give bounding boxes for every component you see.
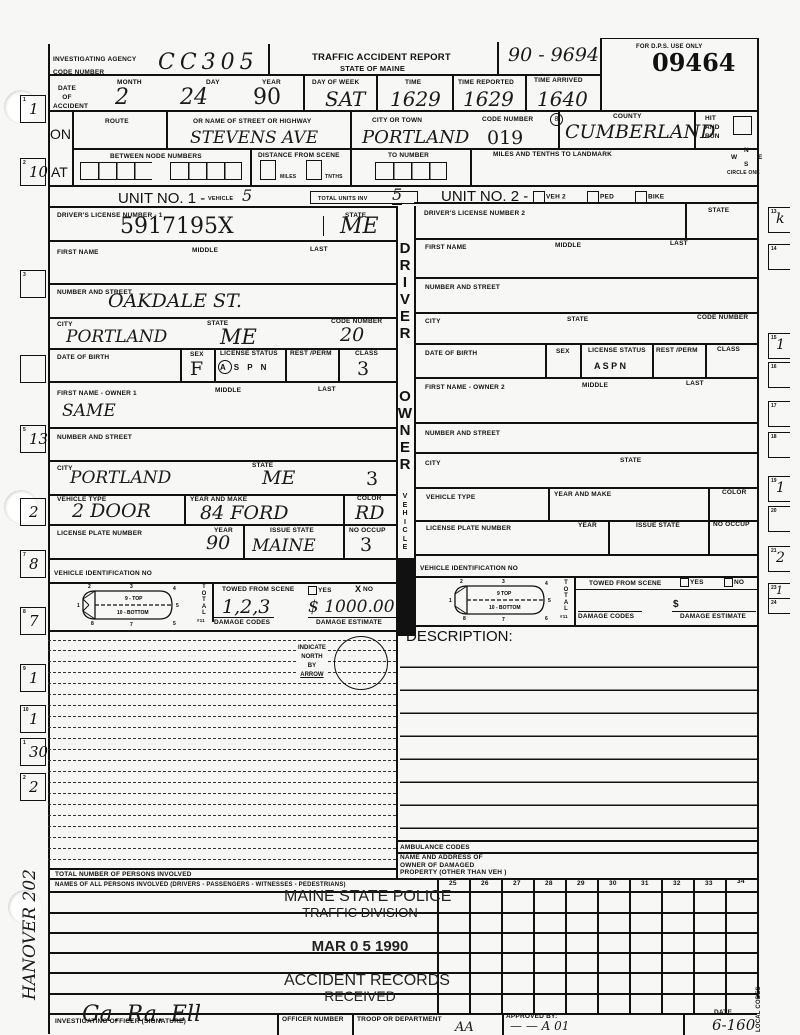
- svg-text:5: 5: [548, 598, 551, 604]
- unit-1-sex-label: SEX: [190, 351, 204, 358]
- svg-text:1: 1: [77, 603, 80, 609]
- unit-1-code-value[interactable]: 20: [340, 324, 364, 346]
- year-value[interactable]: 90: [253, 85, 281, 110]
- owner-1-state-value[interactable]: ME: [262, 467, 295, 489]
- margin-box-17[interactable]: 17: [768, 401, 790, 427]
- unit-1-plate-label: LICENSE PLATE NUMBER: [57, 530, 142, 537]
- circle-one-label: CIRCLE ONE: [727, 170, 760, 176]
- route-label: ROUTE: [105, 118, 129, 125]
- unit-2-dollar-sign: $: [673, 599, 679, 610]
- day-of-week-value[interactable]: SAT: [325, 87, 365, 111]
- owner-1-extra-value: 3: [366, 468, 378, 490]
- margin-box-24[interactable]: 24: [768, 598, 790, 614]
- unit-1-vin-label: VEHICLE IDENTIFICATION NO: [54, 570, 152, 577]
- unit-2-middle-label: MIDDLE: [555, 242, 581, 249]
- margin-box-7[interactable]: 78: [20, 550, 46, 578]
- node-number-to[interactable]: [170, 162, 242, 180]
- column-33: 33: [705, 880, 713, 887]
- margin-box-13[interactable]: 13k: [768, 207, 790, 233]
- margin-box-23[interactable]: 231: [768, 583, 790, 599]
- description-label: DESCRIPTION:: [406, 628, 513, 645]
- unit-1-vehicle-label: VEHICLE: [208, 196, 233, 202]
- unit-1-towed-no[interactable]: XNO: [355, 586, 373, 593]
- unit-1-sex-value[interactable]: F: [190, 358, 203, 380]
- unit-2-towed-no[interactable]: NO: [724, 578, 744, 587]
- unit-1-year-make-value[interactable]: 84 FORD: [200, 502, 289, 524]
- margin-box-11[interactable]: 130: [20, 738, 46, 766]
- owner-2-street-label: NUMBER AND STREET: [425, 430, 500, 437]
- unit-2-car-diagram: 9 TOP 10 - BOTTOM 2 3 4 1 5 6 7 8: [447, 578, 562, 622]
- column-27: 27: [513, 880, 521, 887]
- column-31: 31: [641, 880, 649, 887]
- date-of-accident-label: DATE OF ACCIDENT: [53, 84, 81, 111]
- owner-1-last-label: LAST: [318, 386, 336, 393]
- unit-1-occup-label: NO OCCUP: [349, 527, 386, 534]
- unit-2-vehicle-type-label: VEHICLE TYPE: [426, 494, 475, 501]
- svg-text:3: 3: [130, 584, 133, 590]
- unit-1-towed-label: TOWED FROM SCENE: [222, 586, 294, 593]
- svg-text:8: 8: [91, 621, 94, 627]
- unit-2-damage-codes-label: DAMAGE CODES: [578, 613, 634, 620]
- unit-1-damage-estimate-value[interactable]: $ 1000.00: [308, 597, 395, 617]
- unit-1-rest-label: REST /PERM: [290, 350, 332, 357]
- svg-text:9 TOP: 9 TOP: [497, 591, 512, 597]
- unit-2-license-label: DRIVER'S LICENSE NUMBER 2: [424, 210, 525, 217]
- unit-2-total-code: #11: [560, 614, 568, 619]
- footer-date-label: DATE: [714, 1009, 732, 1016]
- owner-2-city-label: CITY: [425, 460, 441, 467]
- column-28: 28: [545, 880, 553, 887]
- compass-w[interactable]: W: [731, 154, 737, 161]
- svg-text:10 - BOTTOM: 10 - BOTTOM: [117, 610, 149, 616]
- unit-2-street-label: NUMBER AND STREET: [425, 284, 500, 291]
- unit-2-towed-yes[interactable]: YES: [680, 578, 704, 587]
- troop-label: TROOP OR DEPARTMENT: [357, 1016, 442, 1023]
- margin-box-1[interactable]: 11: [20, 95, 46, 123]
- report-number[interactable]: 90 - 9694: [508, 44, 599, 66]
- margin-box-19[interactable]: 191: [768, 476, 790, 502]
- officer-number-label: OFFICER NUMBER: [282, 1016, 344, 1023]
- svg-text:2: 2: [460, 579, 463, 585]
- unit-2-year-make-label: YEAR AND MAKE: [554, 491, 611, 498]
- unit-1-license-status-label: LICENSE STATUS: [220, 350, 278, 357]
- unit-2-state-label: STATE: [708, 207, 729, 214]
- distance-from-scene-label: DISTANCE FROM SCENE: [258, 152, 340, 159]
- stamp-line-2: TRAFFIC DIVISION: [300, 905, 420, 920]
- unit-1-title: UNIT NO. 1 -: [118, 190, 205, 207]
- driver-side-label: DRIVER: [395, 240, 415, 342]
- local-codes-label: LOCAL CODES: [756, 986, 762, 1032]
- description-textarea[interactable]: [400, 645, 757, 840]
- unit-2-issue-state-label: ISSUE STATE: [636, 522, 680, 529]
- unit-2-rest-label: REST /PERM: [656, 347, 698, 354]
- vehicle-side-label: VEHICLE: [398, 493, 412, 553]
- unit-2-license-status-label: LICENSE STATUS: [588, 347, 646, 354]
- margin-box-14[interactable]: 14: [768, 244, 790, 270]
- unit-1-class-value[interactable]: 3: [357, 358, 369, 380]
- margin-handwritten-note: HANOVER 202: [20, 860, 40, 1000]
- column-26: 26: [481, 880, 489, 887]
- unit-2-total-label: TOTAL: [561, 580, 571, 613]
- column-34: 34: [737, 878, 745, 885]
- unit-2-vin-label: VEHICLE IDENTIFICATION NO: [420, 565, 518, 572]
- unit-1-color-value[interactable]: RD: [355, 502, 385, 524]
- unit-1-first-name-label: FIRST NAME: [57, 249, 99, 256]
- time-label: TIME: [405, 79, 421, 86]
- svg-text:5: 5: [173, 621, 176, 627]
- total-persons-label: TOTAL NUMBER OF PERSONS INVOLVED: [55, 871, 192, 878]
- code-number-value[interactable]: 019: [487, 127, 523, 149]
- unit-2-damage-estimate-label: DAMAGE ESTIMATE: [680, 613, 746, 620]
- unit-2-plate-label: LICENSE PLATE NUMBER: [426, 525, 511, 532]
- landmark-label: MILES AND TENTHS TO LANDMARK: [493, 151, 612, 158]
- svg-text:10 - BOTTOM: 10 - BOTTOM: [489, 605, 521, 611]
- signature-label: INVESTIGATING OFFICER (SIGNATURE): [55, 1018, 186, 1025]
- svg-text:9 - TOP: 9 - TOP: [125, 596, 143, 602]
- margin-box-4[interactable]: [20, 355, 46, 383]
- unit-2-license-status-value[interactable]: A S P N: [594, 361, 626, 371]
- margin-box-6[interactable]: 2: [20, 498, 46, 526]
- unit-1-total-label: TOTAL: [199, 584, 209, 617]
- code-circled: 8: [550, 113, 563, 126]
- stamp-line-1: MAINE STATE POLICE: [284, 888, 434, 906]
- margin-box-5[interactable]: 513: [20, 425, 46, 453]
- time-reported-value[interactable]: 1629: [463, 87, 514, 111]
- svg-text:2: 2: [88, 584, 91, 590]
- margin-box-16[interactable]: 16: [768, 362, 790, 388]
- license-status-circle: [218, 360, 232, 374]
- unit-1-issue-state-value[interactable]: MAINE: [252, 536, 316, 556]
- unit-2-last-label: LAST: [670, 240, 688, 247]
- county-label: COUNTY: [613, 113, 642, 120]
- owner-2-last-label: LAST: [686, 380, 704, 387]
- unit-1-city-value[interactable]: PORTLAND: [66, 327, 167, 347]
- unit-1-damage-estimate-label: DAMAGE ESTIMATE: [316, 619, 382, 626]
- north-arrow-circle[interactable]: [334, 636, 388, 690]
- street-value[interactable]: STEVENS AVE: [190, 128, 318, 148]
- unit-2-sex-label: SEX: [556, 348, 570, 355]
- form-title: TRAFFIC ACCIDENT REPORT: [312, 52, 451, 63]
- margin-box-9[interactable]: 91: [20, 664, 46, 692]
- street-label: OR NAME OF STREET OR HIGHWAY: [193, 118, 311, 125]
- column-32: 32: [673, 880, 681, 887]
- unit-2-plate-year-label: YEAR: [578, 522, 597, 529]
- unit-2-code-label: CODE NUMBER: [697, 314, 748, 321]
- owner-1-street-label: NUMBER AND STREET: [57, 434, 132, 441]
- agency-label: INVESTIGATING AGENCY: [53, 56, 136, 63]
- unit-2-towed-label: TOWED FROM SCENE: [589, 580, 661, 587]
- owner-1-city-value[interactable]: PORTLAND: [70, 468, 171, 488]
- svg-text:7: 7: [130, 622, 133, 627]
- damaged-property-label: NAME AND ADDRESS OF OWNER OF DAMAGED PRO…: [400, 854, 507, 877]
- owner-1-first-name-value[interactable]: SAME: [62, 401, 116, 421]
- owner-side-label: OWNER: [395, 388, 415, 473]
- unit-1-last-label: LAST: [310, 246, 328, 253]
- svg-text:1: 1: [449, 598, 452, 604]
- county-value[interactable]: CUMBERLAND: [565, 121, 715, 143]
- unit-1-addr-state-value[interactable]: ME: [220, 325, 257, 349]
- unit-1-street-value[interactable]: OAKDALE ST.: [108, 290, 242, 312]
- unit-2-city-label: CITY: [425, 318, 441, 325]
- code-number-label: CODE NUMBER: [482, 116, 533, 123]
- unit-1-vehicle-value[interactable]: 5: [242, 186, 252, 205]
- margin-box-2[interactable]: 210: [20, 158, 46, 186]
- svg-text:4: 4: [173, 586, 176, 592]
- stamp-line-4: RECEIVED: [305, 988, 415, 1004]
- at-label: AT: [51, 164, 68, 180]
- to-number-label: TO NUMBER: [388, 152, 429, 159]
- svg-text:8: 8: [463, 616, 466, 622]
- total-units-label: TOTAL UNITS INV: [318, 196, 367, 202]
- unit-2-addr-state-label: STATE: [567, 316, 588, 323]
- unit-1-license-value[interactable]: 5917195X: [120, 214, 234, 239]
- unit-1-total-code: #11: [197, 618, 205, 623]
- on-label: ON: [50, 126, 71, 142]
- city-label: CITY OR TOWN: [372, 117, 422, 124]
- unit-1-vehicle-type-value[interactable]: 2 DOOR: [72, 500, 151, 522]
- owner-2-state-label: STATE: [620, 457, 641, 464]
- compass-s[interactable]: S: [744, 161, 749, 168]
- owner-2-middle-label: MIDDLE: [582, 382, 608, 389]
- time-arrived-label: TIME ARRIVED: [534, 77, 583, 84]
- form-subtitle: STATE OF MAINE: [340, 64, 405, 73]
- hit-and-run-label: HIT AND RUN: [705, 114, 721, 141]
- margin-box-10[interactable]: 101: [20, 705, 46, 733]
- unit-1-damage-codes-value[interactable]: 1,2,3: [222, 596, 270, 618]
- hit-and-run-checkbox[interactable]: [733, 116, 752, 135]
- total-units-value[interactable]: 5: [392, 185, 402, 205]
- column-25: 25: [449, 880, 457, 887]
- ambulance-codes-label: AMBULANCE CODES: [400, 844, 470, 851]
- unit-2-color-label: COLOR: [722, 489, 746, 496]
- miles-input[interactable]: [260, 160, 276, 180]
- unit-2-dob-label: DATE OF BIRTH: [425, 350, 477, 357]
- month-value[interactable]: 2: [115, 85, 129, 110]
- margin-box-20[interactable]: 20: [768, 506, 790, 532]
- unit-1-class-label: CLASS: [355, 350, 378, 357]
- dps-number: 09464: [652, 48, 736, 77]
- owner-1-middle-label: MIDDLE: [215, 387, 241, 394]
- unit-1-issue-state-label: ISSUE STATE: [270, 527, 314, 534]
- stamp-date: MAR 0 5 1990: [305, 938, 415, 955]
- margin-box-15[interactable]: 151: [768, 333, 790, 359]
- day-value[interactable]: 24: [180, 85, 208, 110]
- unit-1-towed-yes[interactable]: YES: [308, 586, 332, 595]
- unit-1-occup-value[interactable]: 3: [360, 534, 372, 556]
- footer-date-value[interactable]: 6-160: [712, 1016, 755, 1034]
- time-reported-label: TIME REPORTED: [458, 79, 514, 86]
- compass-n[interactable]: N: [744, 147, 749, 154]
- agency-code-value[interactable]: CC305: [158, 50, 259, 76]
- svg-text:3: 3: [502, 579, 505, 585]
- node-number-from[interactable]: [80, 162, 152, 180]
- svg-text:4: 4: [545, 581, 548, 587]
- tenths-label: TNTHS: [325, 174, 343, 180]
- unit-1-color-label: COLOR: [357, 495, 381, 502]
- day-label: DAY: [206, 79, 220, 86]
- owner-2-first-name-label: FIRST NAME - OWNER 2: [425, 384, 505, 391]
- margin-box-18[interactable]: 18: [768, 432, 790, 458]
- miles-label: MILES: [280, 174, 296, 180]
- city-value[interactable]: PORTLAND: [362, 127, 469, 148]
- unit-1-middle-label: MIDDLE: [192, 247, 218, 254]
- svg-text:5: 5: [176, 603, 179, 609]
- approved-by-value[interactable]: — — A 01: [510, 1019, 569, 1033]
- unit-1-car-diagram: 9 - TOP 10 - BOTTOM 2 3 4 1 5 5 7 8: [75, 583, 190, 627]
- time-arrived-value[interactable]: 1640: [537, 87, 588, 111]
- column-29: 29: [577, 880, 585, 887]
- accident-diagram-area[interactable]: INDICATE NORTH BY ARROW: [48, 632, 396, 867]
- troop-value[interactable]: AA: [455, 1020, 474, 1035]
- unit-1-plate-year-value[interactable]: 90: [206, 532, 230, 554]
- day-of-week-label: DAY OF WEEK: [312, 79, 359, 86]
- svg-text:7: 7: [502, 617, 505, 622]
- unit-1-dob-label: DATE OF BIRTH: [57, 354, 109, 361]
- unit-1-damage-codes-label: DAMAGE CODES: [214, 619, 270, 626]
- margin-box-12[interactable]: 22: [20, 773, 46, 801]
- column-30: 30: [609, 880, 617, 887]
- unit-2-class-label: CLASS: [717, 346, 740, 353]
- unit-2-occup-label: NO OCCUP: [713, 521, 750, 528]
- north-arrow-label: INDICATE NORTH BY ARROW: [298, 644, 326, 680]
- margin-box-21[interactable]: 212: [768, 546, 790, 572]
- tenths-input[interactable]: [306, 160, 322, 180]
- unit-2-first-name-label: FIRST NAME: [425, 244, 467, 251]
- time-value[interactable]: 1629: [390, 87, 441, 111]
- margin-box-8[interactable]: 87: [20, 607, 46, 635]
- svg-text:6: 6: [545, 616, 548, 622]
- between-node-label: BETWEEN NODE NUMBERS: [110, 153, 202, 160]
- to-number-input[interactable]: [375, 162, 447, 180]
- owner-1-first-name-label: FIRST NAME - OWNER 1: [57, 390, 137, 397]
- margin-box-3[interactable]: 3: [20, 270, 46, 298]
- unit-1-state-value[interactable]: ME: [340, 214, 379, 239]
- compass-e[interactable]: E: [758, 154, 763, 161]
